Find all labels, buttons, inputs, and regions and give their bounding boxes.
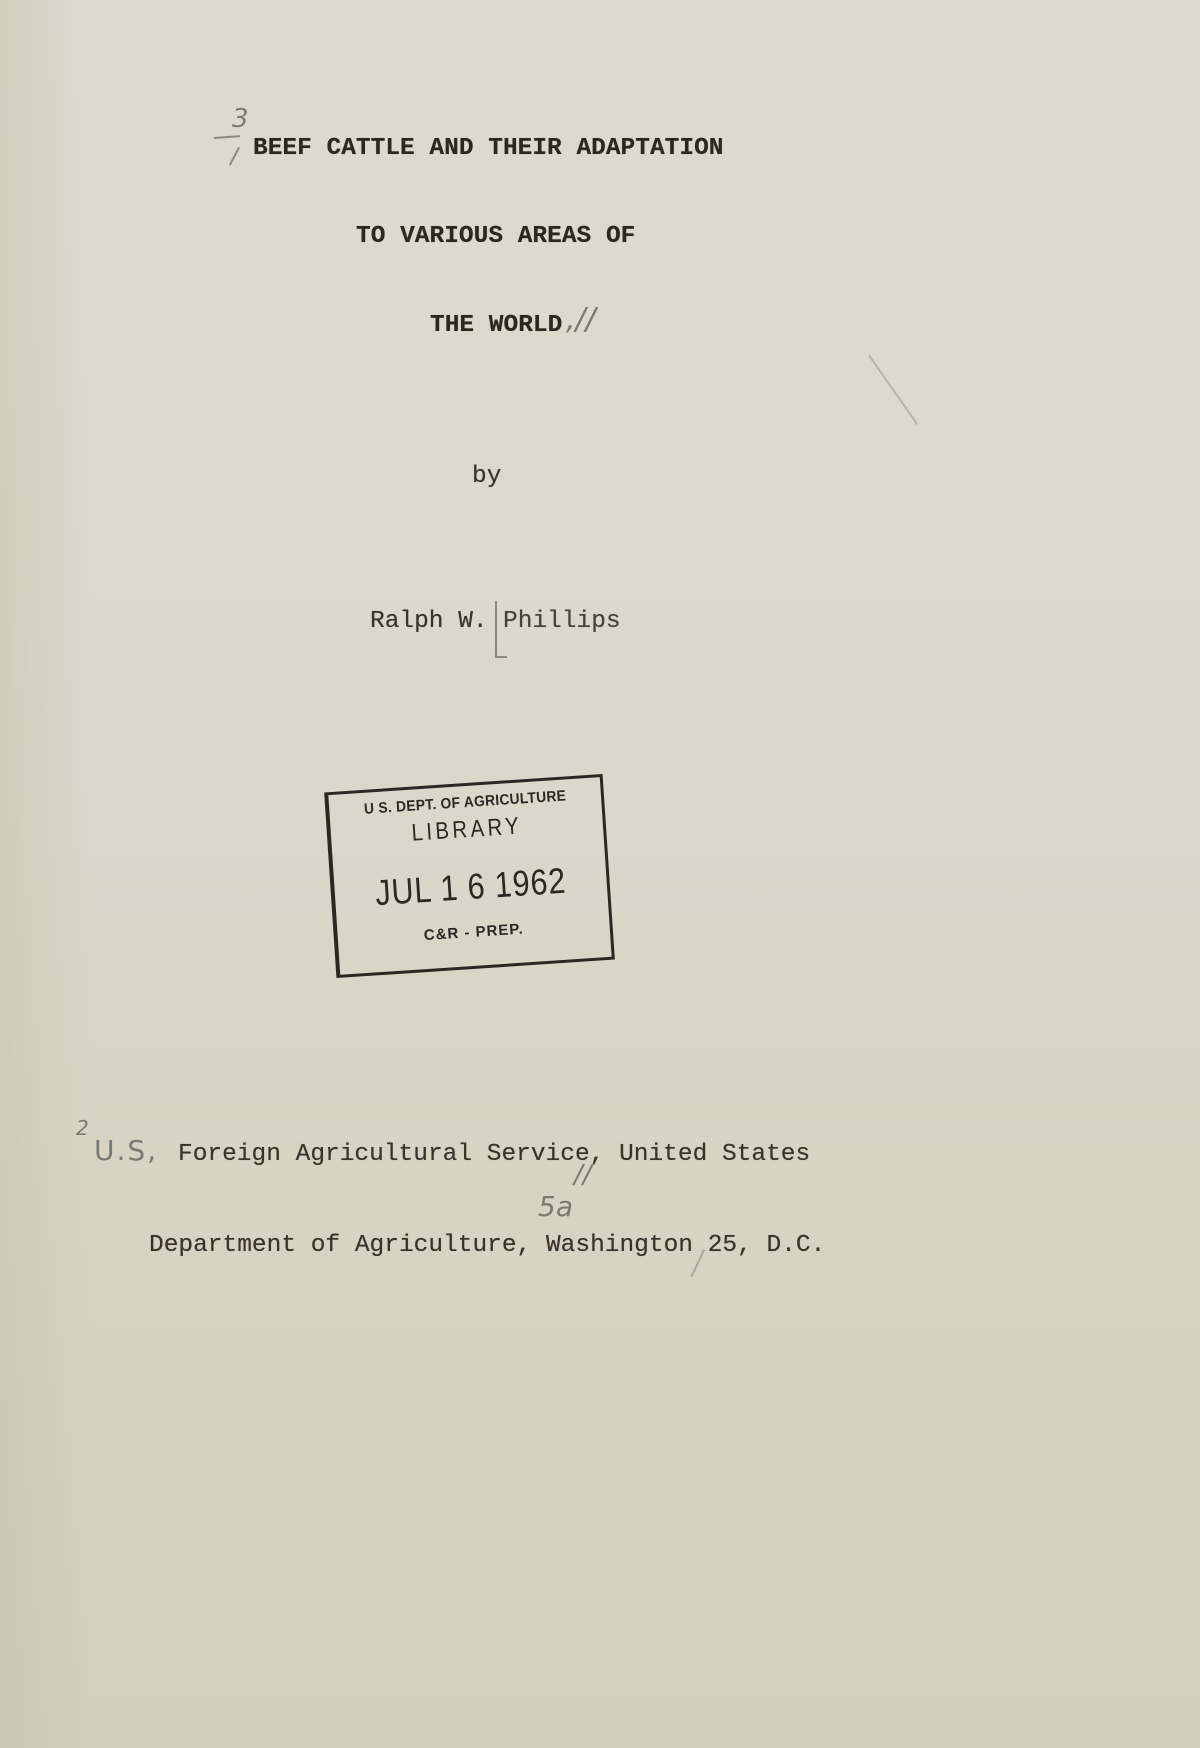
- stamp-division: C&R - PREP.: [337, 915, 610, 950]
- title-number-tick: [229, 147, 240, 165]
- document-page: BEEF CATTLE AND THEIR ADAPTATION TO VARI…: [0, 0, 1200, 1748]
- author-bracket-mark: [495, 601, 497, 657]
- title-terminator-annotation: ,//: [566, 302, 596, 337]
- stamp-date: JUL 1 6 1962: [354, 858, 587, 915]
- title-number-annotation: 3: [232, 104, 249, 134]
- title-line-1: BEEF CATTLE AND THEIR ADAPTATION: [253, 137, 723, 162]
- byline: by: [472, 465, 501, 490]
- service-mark-annotation: //: [574, 1160, 592, 1190]
- library-stamp: U S. DEPT. OF AGRICULTURE LIBRARY JUL 1 …: [324, 774, 615, 978]
- author-first-name: Ralph W.: [370, 610, 488, 635]
- publisher-prefix-annotation: U.S,: [94, 1134, 158, 1167]
- author-last-name: Phillips: [503, 610, 621, 635]
- publisher-line-2: Department of Agriculture, Washington 25…: [149, 1234, 825, 1259]
- publisher-prefix-number: 2: [76, 1116, 89, 1140]
- author-bracket-foot: [495, 656, 507, 658]
- publisher-line-1: Foreign Agricultural Service, United Sta…: [178, 1143, 810, 1168]
- paper-shadow: [0, 0, 90, 1748]
- title-line-2: TO VARIOUS AREAS OF: [356, 225, 635, 250]
- title-number-dash: [214, 135, 240, 139]
- publisher-code-annotation: 5a: [538, 1190, 573, 1223]
- stray-pencil-mark: [868, 355, 918, 425]
- title-line-3: THE WORLD: [430, 314, 562, 339]
